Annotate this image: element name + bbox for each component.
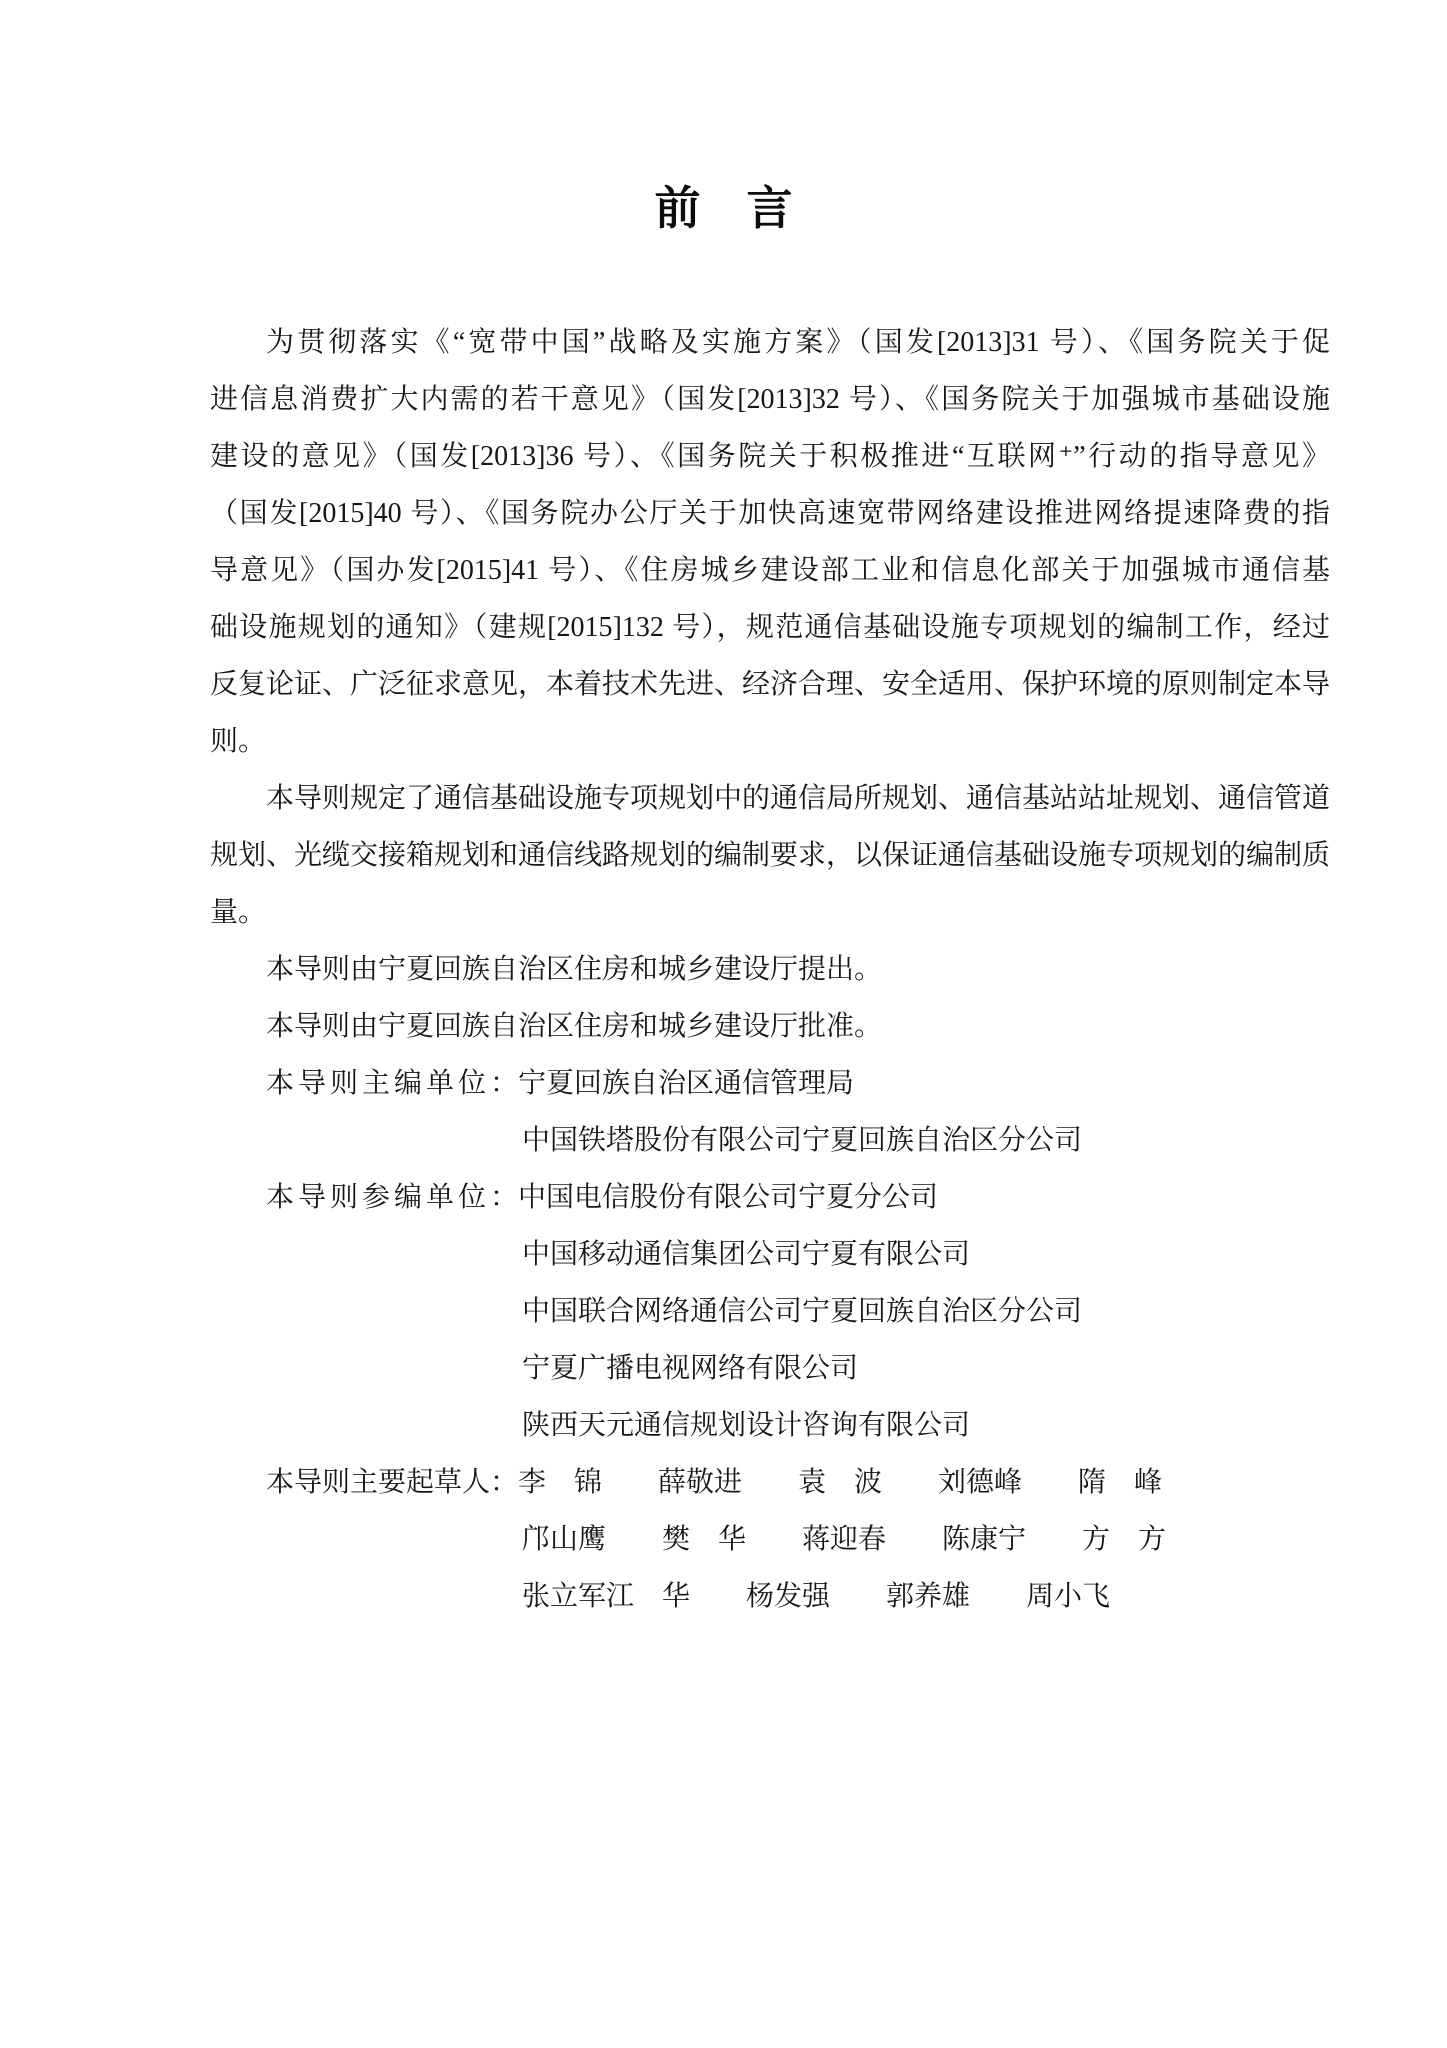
paragraph1-line: （国发[2015]40 号）、《国务院办公厅关于加快高速宽带网络建设推进网络提速… <box>210 485 1330 542</box>
chief-editor-unit-line: 中国铁塔股份有限公司宁夏回族自治区分公司 <box>210 1112 1330 1169</box>
drafters-row: 李 锦 薛敬进 袁 波 刘德峰 隋 峰 <box>518 1467 1162 1498</box>
paragraph1-line: 础设施规划的通知》（建规[2015]132 号），规范通信基础设施专项规划的编制… <box>210 599 1330 656</box>
document-title: 前 言 <box>0 182 1447 234</box>
chief-editor-line: 本导则主编单位：宁夏回族自治区通信管理局 <box>210 1055 1330 1112</box>
drafters-label: 本导则主要起草人： <box>266 1454 518 1511</box>
paragraph1-line: 建设的意见》（国发[2013]36 号）、《国务院关于积极推进“互联网⁺”行动的… <box>210 428 1330 485</box>
paragraph2-line: 本导则规定了通信基础设施专项规划中的通信局所规划、通信基站站址规划、通信管道 <box>210 770 1330 827</box>
document-page: 前 言 为贯彻落实《“宽带中国”战略及实施方案》（国发[2013]31 号）、《… <box>0 0 1447 2048</box>
co-editor-unit-line: 宁夏广播电视网络有限公司 <box>210 1340 1330 1397</box>
paragraph1-line: 反复论证、广泛征求意见，本着技术先进、经济合理、安全适用、保护环境的原则制定本导 <box>210 656 1330 713</box>
paragraph2-line: 规划、光缆交接箱规划和通信线路规划的编制要求，以保证通信基础设施专项规划的编制质 <box>210 827 1330 884</box>
drafters-row-line: 邝山鹰 樊 华 蒋迎春 陈康宁 方 方 <box>210 1511 1330 1568</box>
chief-editor-label: 本导则主编单位： <box>266 1055 518 1112</box>
drafters-line: 本导则主要起草人：李 锦 薛敬进 袁 波 刘德峰 隋 峰 <box>210 1454 1330 1511</box>
co-editors-line: 本导则参编单位：中国电信股份有限公司宁夏分公司 <box>210 1169 1330 1226</box>
statement-approved-by: 本导则由宁夏回族自治区住房和城乡建设厅批准。 <box>210 998 1330 1055</box>
paragraph1-line: 为贯彻落实《“宽带中国”战略及实施方案》（国发[2013]31 号）、《国务院关… <box>210 314 1330 371</box>
statement-proposed-by: 本导则由宁夏回族自治区住房和城乡建设厅提出。 <box>210 941 1330 998</box>
co-editor-unit-line: 陕西天元通信规划设计咨询有限公司 <box>210 1397 1330 1454</box>
drafters-row-line: 张立军江 华 杨发强 郭养雄 周小飞 <box>210 1568 1330 1625</box>
co-editor-unit-line: 中国移动通信集团公司宁夏有限公司 <box>210 1226 1330 1283</box>
paragraph1-line: 进信息消费扩大内需的若干意见》（国发[2013]32 号）、《国务院关于加强城市… <box>210 371 1330 428</box>
paragraph2-line: 量。 <box>210 884 1330 941</box>
paragraph1-line: 则。 <box>210 713 1330 770</box>
chief-editor-unit: 宁夏回族自治区通信管理局 <box>518 1068 854 1099</box>
co-editor-unit-line: 中国联合网络通信公司宁夏回族自治区分公司 <box>210 1283 1330 1340</box>
paragraph1-line: 导意见》（国办发[2015]41 号）、《住房城乡建设部工业和信息化部关于加强城… <box>210 542 1330 599</box>
co-editor-unit: 中国电信股份有限公司宁夏分公司 <box>518 1182 938 1213</box>
co-editors-label: 本导则参编单位： <box>266 1169 518 1226</box>
document-body: 为贯彻落实《“宽带中国”战略及实施方案》（国发[2013]31 号）、《国务院关… <box>210 314 1330 1625</box>
